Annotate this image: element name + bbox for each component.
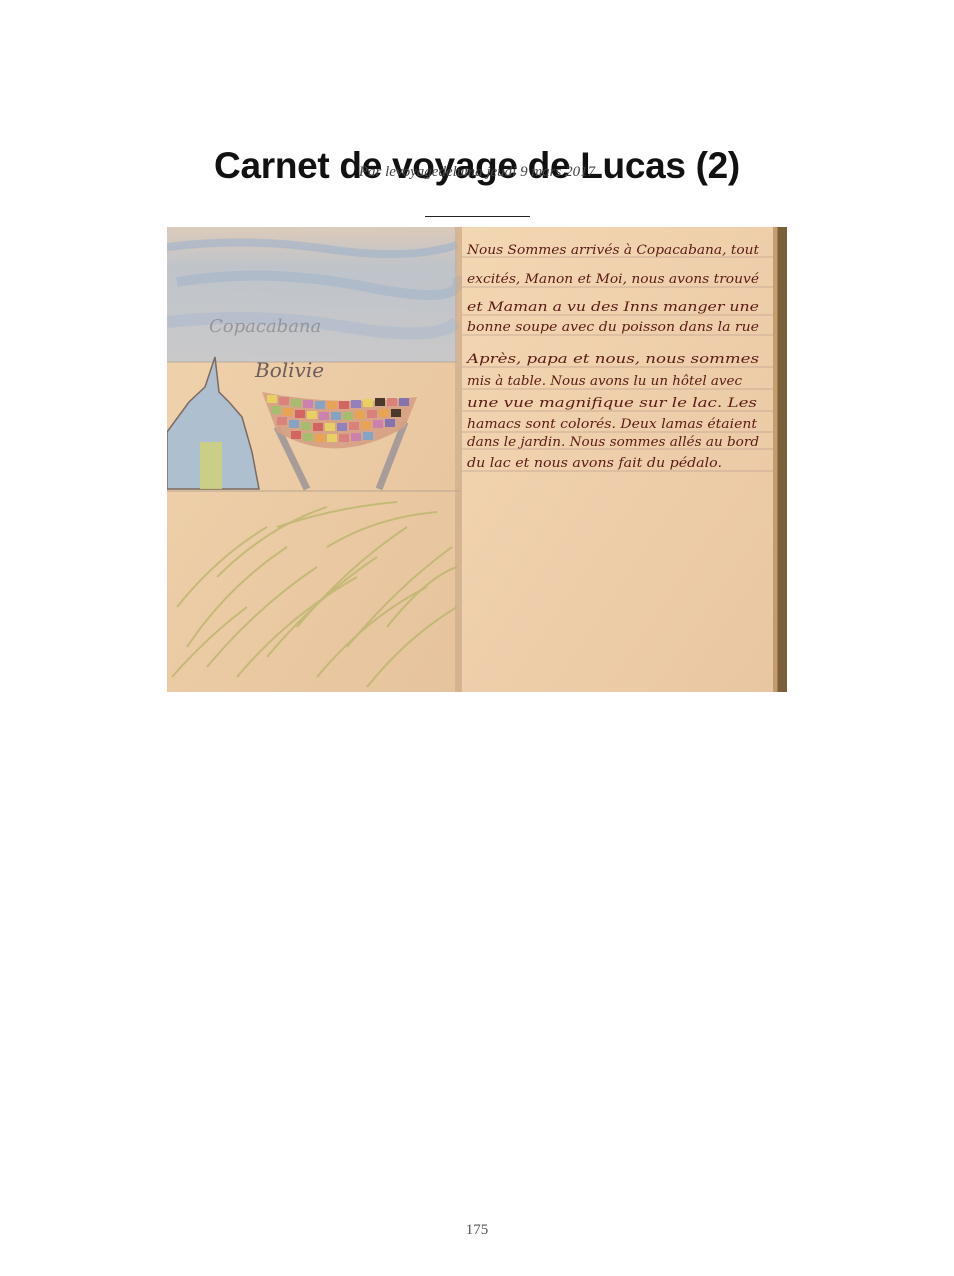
svg-text:et Maman a vu des Inns manger: et Maman a vu des Inns manger une — [467, 300, 759, 315]
page-number: 175 — [0, 1222, 954, 1239]
label-copacabana: Copacabana — [209, 316, 321, 337]
svg-text:Nous Sommes arrivés à Copacaba: Nous Sommes arrivés à Copacabana, tout — [466, 243, 760, 258]
label-bolivie: Bolivie — [254, 358, 324, 382]
svg-text:une vue magnifique sur le lac.: une vue magnifique sur le lac. Les — [467, 396, 757, 411]
notebook-photo: Copacabana Bolivie — [167, 227, 787, 692]
svg-text:Après, papa et nous, nous somm: Après, papa et nous, nous sommes — [466, 352, 760, 367]
svg-text:mis à table. Nous avons lu un: mis à table. Nous avons lu un hôtel avec — [467, 374, 743, 389]
handwritten-text: Nous Sommes arrivés à Copacabana, tout e… — [466, 243, 760, 471]
svg-text:du lac et nous avons fait du p: du lac et nous avons fait du pédalo. — [467, 456, 722, 471]
svg-text:hamacs sont colorés. Deux lama: hamacs sont colorés. Deux lamas étaient — [467, 417, 758, 432]
separator-line — [425, 216, 530, 217]
notebook-illustration: Copacabana Bolivie — [167, 227, 787, 692]
svg-text:bonne soupe avec du poisson da: bonne soupe avec du poisson dans la rue — [467, 320, 759, 335]
svg-text:excités, Manon et Moi, nous av: excités, Manon et Moi, nous avons trouvé — [467, 272, 759, 287]
byline: Par levoyagedeluma jeudi 9 mars 2017 — [0, 162, 954, 182]
svg-text:dans le jardin. Nous sommes al: dans le jardin. Nous sommes allés au bor… — [467, 435, 759, 450]
